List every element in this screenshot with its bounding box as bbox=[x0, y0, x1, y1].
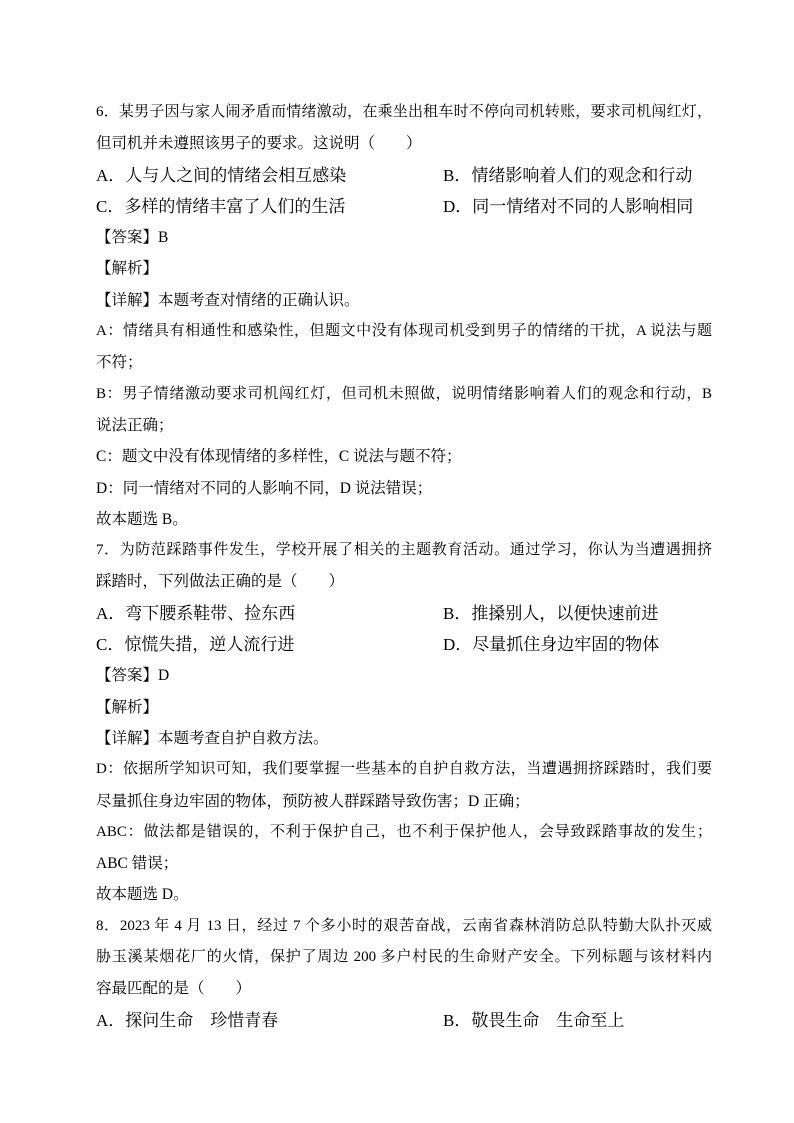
q8-option-a: A．探问生命 珍惜青春 bbox=[96, 1005, 443, 1036]
q7-options-row-2: C．惊慌失措，逆人流行进D．尽量抓住身边牢固的物体 bbox=[96, 629, 712, 660]
question-8-block: 8．2023 年 4 月 13 日，经过 7 个多小时的艰苦奋战，云南省森林消防… bbox=[96, 911, 712, 1036]
q6-detail-line: C：题文中没有体现情绪的多样性，C 说法与题不符； bbox=[96, 441, 712, 472]
question-6-block: 6．某男子因与家人闹矛盾而情绪激动，在乘坐出租车时不停向司机转账，要求司机闯红灯… bbox=[96, 97, 712, 535]
q6-option-a: A．人与人之间的情绪会相互感染 bbox=[96, 160, 443, 191]
q7-stem-line-2: 踩踏时，下列做法正确的是（ ） bbox=[96, 566, 712, 597]
q6-detail-line: 【详解】本题考查对情绪的正确认识。 bbox=[96, 285, 712, 316]
q7-detail-line: ABC：做法都是错误的，不利于保护自己，也不利于保护他人，会导致踩踏事故的发生； bbox=[96, 817, 712, 848]
exam-document: 6．某男子因与家人闹矛盾而情绪激动，在乘坐出租车时不停向司机转账，要求司机闯红灯… bbox=[96, 97, 712, 1036]
q6-conclusion: 故本题选 B。 bbox=[96, 504, 712, 535]
q7-detail-line: 尽量抓住身边牢固的物体，预防被人群踩踏导致伤害；D 正确； bbox=[96, 786, 712, 817]
q6-detail-line: A：情绪具有相通性和感染性，但题文中没有体现司机受到男子的情绪的干扰，A 说法与… bbox=[96, 316, 712, 347]
q7-option-a: A．弯下腰系鞋带、捡东西 bbox=[96, 598, 443, 629]
q6-detail-line: D：同一情绪对不同的人影响不同，D 说法错误； bbox=[96, 473, 712, 504]
exam-page: 6．某男子因与家人闹矛盾而情绪激动，在乘坐出租车时不停向司机转账，要求司机闯红灯… bbox=[0, 0, 794, 1123]
q6-stem-line-2: 但司机并未遵照该男子的要求。这说明（ ） bbox=[96, 128, 712, 159]
q7-detail-line: ABC 错误； bbox=[96, 848, 712, 879]
q7-stem-line-1: 7．为防范踩踏事件发生，学校开展了相关的主题教育活动。通过学习，你认为当遭遇拥挤 bbox=[96, 535, 712, 566]
q6-options-row-1: A．人与人之间的情绪会相互感染B．情绪影响着人们的观念和行动 bbox=[96, 160, 712, 191]
q7-answer: 【答案】D bbox=[96, 660, 712, 691]
q6-option-c: C．多样的情绪丰富了人们的生活 bbox=[96, 191, 443, 222]
q6-detail-line: 说法正确； bbox=[96, 410, 712, 441]
q7-options-row-1: A．弯下腰系鞋带、捡东西B．推搡别人，以便快速前进 bbox=[96, 598, 712, 629]
q6-option-b: B．情绪影响着人们的观念和行动 bbox=[443, 160, 692, 191]
q8-option-b: B．敬畏生命 生命至上 bbox=[443, 1005, 624, 1036]
q6-detail-line: B：男子情绪激动要求司机闯红灯，但司机未照做，说明情绪影响着人们的观念和行动，B bbox=[96, 379, 712, 410]
q7-option-c: C．惊慌失措，逆人流行进 bbox=[96, 629, 443, 660]
q6-detail-line: 不符； bbox=[96, 347, 712, 378]
q6-option-d: D．同一情绪对不同的人影响相同 bbox=[443, 191, 693, 222]
question-7-block: 7．为防范踩踏事件发生，学校开展了相关的主题教育活动。通过学习，你认为当遭遇拥挤… bbox=[96, 535, 712, 911]
q6-options-row-2: C．多样的情绪丰富了人们的生活D．同一情绪对不同的人影响相同 bbox=[96, 191, 712, 222]
q7-conclusion: 故本题选 D。 bbox=[96, 879, 712, 910]
q7-detail-line: D：依据所学知识可知，我们要掌握一些基本的自护自救方法，当遭遇拥挤踩踏时，我们要 bbox=[96, 754, 712, 785]
q8-stem-line-3: 容最匹配的是（ ） bbox=[96, 973, 712, 1004]
q7-option-b: B．推搡别人，以便快速前进 bbox=[443, 598, 658, 629]
q6-answer: 【答案】B bbox=[96, 222, 712, 253]
q8-stem-line-2: 胁玉溪某烟花厂的火情，保护了周边 200 多户村民的生命财产安全。下列标题与该材… bbox=[96, 942, 712, 973]
q7-detail-line: 【详解】本题考查自护自救方法。 bbox=[96, 723, 712, 754]
q7-option-d: D．尽量抓住身边牢固的物体 bbox=[443, 629, 659, 660]
q6-analysis-label: 【解析】 bbox=[96, 253, 712, 284]
q6-stem-line-1: 6．某男子因与家人闹矛盾而情绪激动，在乘坐出租车时不停向司机转账，要求司机闯红灯… bbox=[96, 97, 712, 128]
q8-stem-line-1: 8．2023 年 4 月 13 日，经过 7 个多小时的艰苦奋战，云南省森林消防… bbox=[96, 911, 712, 942]
q7-analysis-label: 【解析】 bbox=[96, 692, 712, 723]
q8-options-row-1: A．探问生命 珍惜青春B．敬畏生命 生命至上 bbox=[96, 1005, 712, 1036]
